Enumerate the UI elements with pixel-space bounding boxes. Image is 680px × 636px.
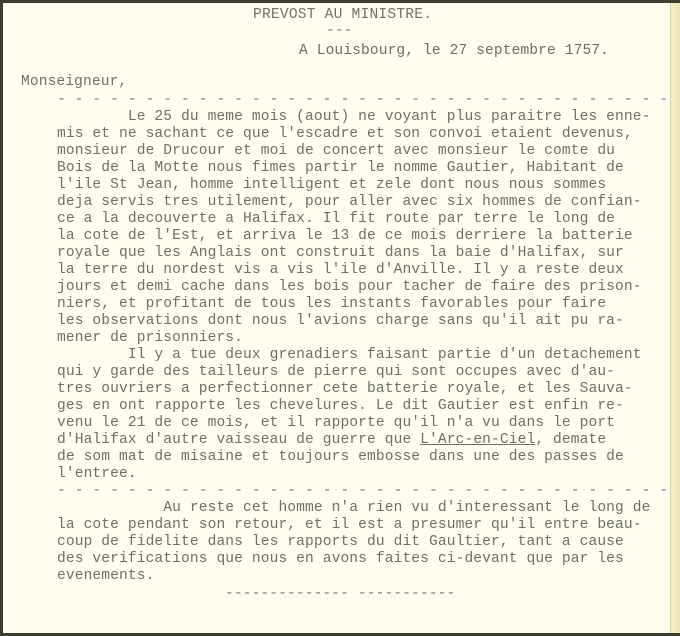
paragraph-1-line: royale que les Anglais ont construit dan… [57, 245, 624, 262]
paragraph-1-line: Bois de la Motte nous fimes partir le no… [57, 160, 624, 177]
document-page: PREVOST AU MINISTRE. --- A Louisbourg, l… [3, 3, 671, 633]
paragraph-2-line-tail: , demate [535, 432, 606, 448]
separator-rule-2: - - - - - - - - - - - - - - - - - - - - … [57, 483, 671, 500]
ship-name-underlined: L'Arc-en-Ciel [420, 432, 535, 448]
paragraph-2-line-text: d'Halifax d'autre vaisseau de guerre que [57, 432, 420, 448]
salutation: Monseigneur, [21, 74, 127, 91]
paragraph-1-line: la terre du nordest vis a vis l'ile d'An… [57, 262, 624, 279]
title-separator: --- [326, 23, 353, 40]
paragraph-1-line: Le 25 du meme mois (aout) ne voyant plus… [57, 109, 650, 126]
paragraph-3-line: evenements. [57, 568, 154, 585]
paragraph-3-line: des verifications que nous en avons fait… [57, 551, 624, 568]
paragraph-1-line: monsieur de Drucour et moi de concert av… [57, 143, 615, 160]
paragraph-3-line: la cote pendant son retour, et il est a … [57, 517, 642, 534]
paragraph-3-line: coup de fidelite dans les rapports du di… [57, 534, 624, 551]
separator-rule-1: - - - - - - - - - - - - - - - - - - - - … [57, 92, 671, 109]
paragraph-1-line: ce a la decouverte a Halifax. Il fit rou… [57, 211, 615, 228]
paragraph-1-line: l'ile St Jean, homme intelligent et zele… [57, 177, 606, 194]
paragraph-2-line: l'entree. [57, 466, 137, 483]
paragraph-1-line: niers, et profitant de tous les instants… [57, 296, 606, 313]
letter-dateline: A Louisbourg, le 27 septembre 1757. [299, 43, 609, 60]
letter-title: PREVOST AU MINISTRE. [253, 7, 432, 24]
paragraph-1-line: les observations dont nous l'avions char… [57, 313, 624, 330]
paragraph-2-line: d'Halifax d'autre vaisseau de guerre que… [57, 432, 606, 449]
closing-rule: -------------- ----------- [225, 586, 455, 603]
paragraph-1-line: mis et ne sachant ce que l'escadre et so… [57, 126, 633, 143]
paragraph-2-line: Il y a tue deux grenadiers faisant parti… [57, 347, 642, 364]
paragraph-1-line: jours et demi cache dans les bois pour t… [57, 279, 642, 296]
paragraph-1-line: mener de prisonniers. [57, 330, 243, 347]
paragraph-1-line: deja servis tres utilement, pour aller a… [57, 194, 642, 211]
paragraph-2-line: qui y garde des tailleurs de pierre qui … [57, 364, 615, 381]
page-edge-strip [670, 3, 680, 633]
paragraph-3-line: Au reste cet homme n'a rien vu d'interes… [57, 500, 650, 517]
paragraph-2-line: tres ouvriers a perfectionner cete batte… [57, 381, 633, 398]
paragraph-1-line: la cote de l'Est, et arriva le 13 de ce … [57, 228, 633, 245]
paragraph-2-line: de som mat de misaine et toujours emboss… [57, 449, 624, 466]
paragraph-2-line: ges en ont rapporte les chevelures. Le d… [57, 398, 624, 415]
paragraph-2-line: venu le 21 de ce mois, et il rapporte qu… [57, 415, 615, 432]
